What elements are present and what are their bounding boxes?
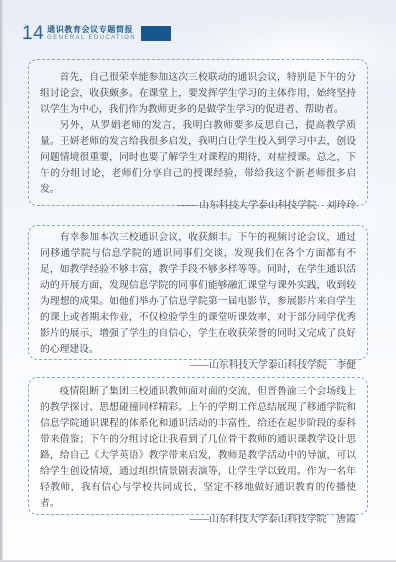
quote-attribution: —— 山东科技大学泰山科技学院 刘玲玲 <box>40 198 356 214</box>
quote-paragraph: 首先，自己很荣幸能参加这次三校联动的通识会议，特别是下午的分组讨论会，收获颇多。… <box>40 70 356 118</box>
header-accent-block <box>141 26 171 41</box>
page-subtitle: GENERAL EDUCATION <box>47 34 136 42</box>
issue-number: 14 <box>22 24 44 43</box>
page-header: 14 通识教育会议专题简报 GENERAL EDUCATION <box>22 24 171 43</box>
quote-block-1: 首先，自己很荣幸能参加这次三校联动的通识会议，特别是下午的分组讨论会，收获颇多。… <box>28 59 368 206</box>
quote-paragraph: 另外，从罗娟老师的发言，我明白教师要多反思自己，提高教学质量。王妍老师的发言给我… <box>40 118 356 198</box>
page-left-edge <box>0 0 3 562</box>
quote-block-3: 疫情阻断了集团三校通识教师面对面的交流，但晋鲁渝三个会场线上的教学探讨、思想碰撞… <box>28 377 368 515</box>
quote-block-2: 有幸参加本次三校通识会议，收获颇丰。下午的视频讨论会议，通过同移通学院与信息学院… <box>28 225 368 360</box>
quote-paragraph: 疫情阻断了集团三校通识教师面对面的交流，但晋鲁渝三个会场线上的教学探讨、思想碰撞… <box>40 384 356 512</box>
header-titles: 通识教育会议专题简报 GENERAL EDUCATION <box>47 25 136 42</box>
page-title: 通识教育会议专题简报 <box>47 25 136 34</box>
quote-paragraph: 有幸参加本次三校通识会议，收获颇丰。下午的视频讨论会议，通过同移通学院与信息学院… <box>40 230 356 358</box>
quote-attribution: ——山东科技大学泰山科技学院 唐霞 <box>40 512 356 528</box>
quote-attribution: ——山东科技大学泰山科技学院 李健 <box>40 358 356 374</box>
briefing-page: 14 通识教育会议专题简报 GENERAL EDUCATION 首先，自己很荣幸… <box>0 0 396 562</box>
